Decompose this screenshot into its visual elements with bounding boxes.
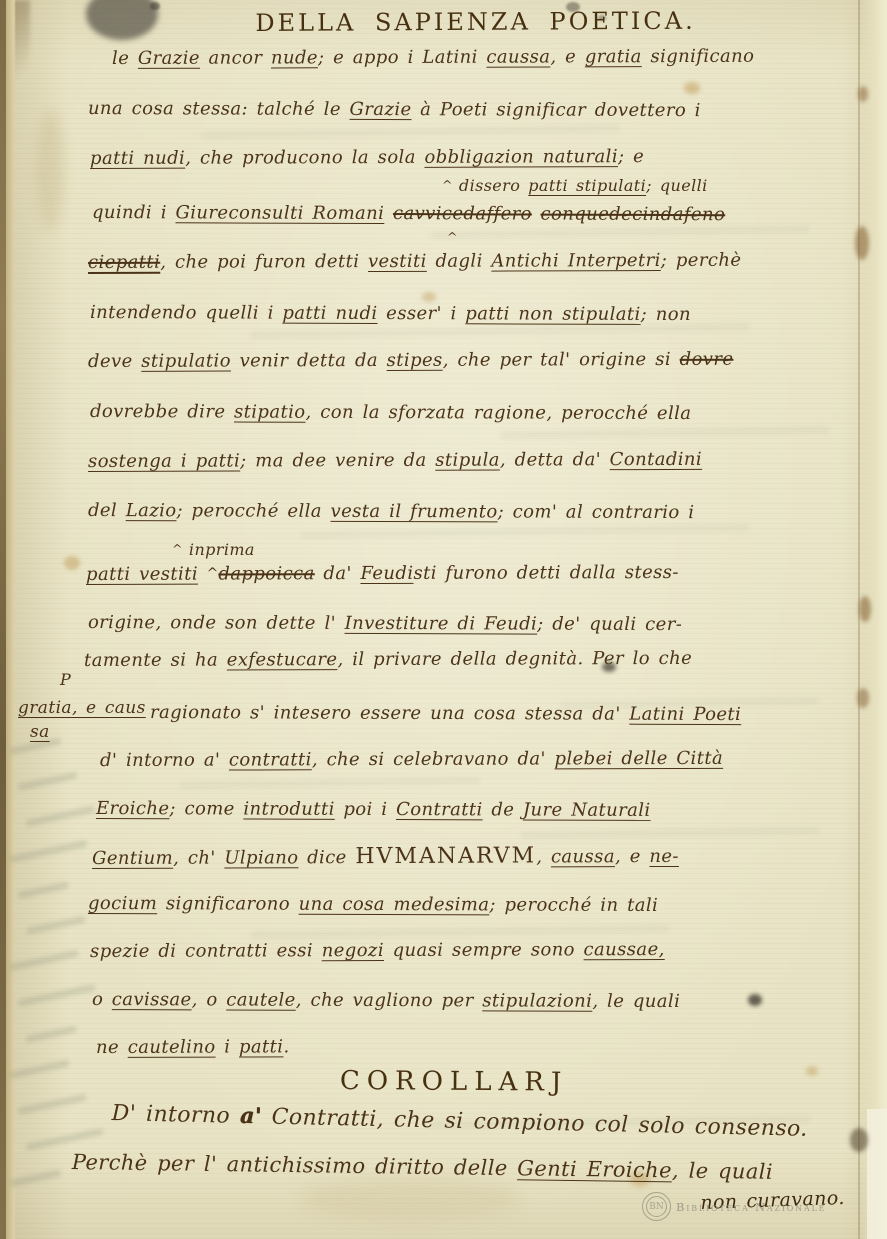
text-segment: de <box>483 799 523 820</box>
bleed-through <box>25 1128 104 1151</box>
manuscript-line: ragionato s' intesero essere una cosa st… <box>150 702 741 725</box>
stain <box>64 556 80 570</box>
bleed-through <box>200 125 620 139</box>
text-segment: , che per tal' origine si <box>443 349 680 371</box>
underlined-term: Investiture di Feudi <box>345 613 538 635</box>
page-edge-left <box>0 0 6 1239</box>
manuscript-line: ciepatti, che poi furon detti vestiti da… <box>88 250 741 273</box>
manuscript-line: intendendo quelli i patti nudi esser' i … <box>90 302 691 325</box>
underlined-term: negozi <box>322 940 384 961</box>
underlined-term: caussa <box>551 846 615 867</box>
text-segment: i <box>216 1037 239 1058</box>
manuscript-line: sa <box>30 722 50 742</box>
bleed-through <box>17 984 96 1007</box>
text-segment <box>532 204 541 225</box>
underlined-term: gratia <box>585 46 642 67</box>
text-segment: D' intorno <box>111 1101 240 1129</box>
text-segment: da' <box>315 563 361 584</box>
bleed-through <box>9 1059 70 1079</box>
text-segment: , il privare della degnità. Per lo che <box>337 648 692 670</box>
text-segment: , e <box>550 46 584 67</box>
text-segment: esser' i <box>378 303 466 324</box>
underlined-term: contratti <box>229 749 312 770</box>
text-segment: significano <box>642 46 755 67</box>
underlined-term: vesta il frumento <box>331 501 498 523</box>
caret-mark: ^ <box>442 177 459 192</box>
bleed-through <box>180 777 480 789</box>
text-segment: , che vagliono per <box>296 990 483 1012</box>
underlined-term: Contadini <box>610 449 702 470</box>
text-segment <box>198 564 207 585</box>
stamp-monogram: BN <box>646 1196 667 1217</box>
text-segment: ; com' al contrario i <box>498 501 695 523</box>
manuscript-page: DELLA SAPIENZA POETICA. le Grazie ancor … <box>0 0 887 1239</box>
underlined-term: cautele <box>226 989 296 1010</box>
underlined-term: stipatio <box>234 402 306 423</box>
struck-text: dappoicca <box>218 563 314 584</box>
text-segment: del <box>88 500 126 521</box>
text-segment: tamente si ha <box>84 650 227 671</box>
text-segment: ; come <box>169 798 243 819</box>
stain <box>422 292 436 302</box>
manuscript-line: tamente si ha exfestucare, il privare de… <box>84 648 692 671</box>
bleed-through <box>250 925 670 939</box>
stain <box>36 110 64 230</box>
text-segment: à Poeti significar dovettero i <box>412 99 701 121</box>
text-segment: , le quali <box>592 991 680 1012</box>
text-segment: , che poi furon detti <box>160 251 368 273</box>
text-segment: deve <box>88 351 141 372</box>
underlined-term: stipula <box>435 450 500 471</box>
manuscript-line: Eroiche; come introdutti poi i Contratti… <box>96 798 651 821</box>
text-segment: COROLLARJ <box>340 1066 569 1098</box>
text-segment: quasi sempre sono <box>384 939 584 961</box>
manuscript-line: d' intorno a' contratti, che si celebrav… <box>100 748 723 771</box>
manuscript-line: dovrebbe dire stipatio, con la sforzata … <box>90 401 692 424</box>
struck-text: conquedecindafeno <box>540 204 725 226</box>
underlined-term: Jure Naturali <box>523 799 651 820</box>
text-segment: ; perocché in tali <box>489 894 658 916</box>
underlined-term: sa <box>30 722 50 742</box>
underlined-term: caussae, <box>583 939 664 960</box>
manuscript-line: Gentium, ch' Ulpiano dice HVMANARVM, cau… <box>92 843 679 870</box>
text-segment: P <box>60 670 71 689</box>
text-segment: ; e <box>618 146 644 167</box>
underlined-term: patti stipulati <box>528 176 646 195</box>
bleed-through <box>17 1094 87 1115</box>
text-segment: HVMANARVM <box>355 843 536 869</box>
manuscript-line: quindi i Giureconsulti Romani cavvicedaf… <box>92 202 725 225</box>
underlined-term: gocium <box>88 893 157 914</box>
text-segment: , che si celebravano da' <box>312 748 555 770</box>
text-segment: ; quelli <box>646 176 708 195</box>
text-segment: ; perocché ella <box>176 500 330 522</box>
underlined-term: Grazie <box>138 48 200 69</box>
text-segment: , le quali <box>672 1158 773 1183</box>
underlined-term: Antichi Interpetri <box>491 250 660 272</box>
text-segment: dissero <box>459 176 528 195</box>
underlined-term: stipes <box>387 350 443 371</box>
stain <box>748 994 762 1006</box>
text-segment: ; e appo i Latini <box>318 47 486 69</box>
text-segment: d' intorno a' <box>100 750 229 771</box>
text-segment: , <box>536 846 551 867</box>
underlined-term: sostenga i patti <box>88 450 240 472</box>
stain <box>858 86 868 102</box>
underlined-term: Contratti <box>396 799 483 820</box>
text-segment: , che producono la sola <box>185 147 424 169</box>
underlined-term: caussa <box>486 46 550 67</box>
stain <box>684 82 700 94</box>
text-segment: spezie di contratti essi <box>90 940 322 962</box>
underlined-term: Giureconsulti Romani <box>175 202 384 224</box>
manuscript-line: del Lazio; perocché ella vesta il frumen… <box>88 500 695 523</box>
stain <box>850 1128 868 1152</box>
underlined-term: patti nudi <box>282 303 377 324</box>
underlined-term: patti non stipulati <box>465 303 640 325</box>
text-segment: significarono <box>157 893 298 914</box>
text-segment: le <box>112 48 138 69</box>
text-segment: inprima <box>189 540 255 559</box>
text-segment: ; non <box>641 304 691 325</box>
manuscript-line: ^ dissero patti stipulati; quelli <box>442 176 708 195</box>
text-segment: Perchè per l' antichissimo diritto delle <box>72 1150 518 1180</box>
text-segment: venir detta da <box>231 350 387 372</box>
text-segment: Contratti, che si compiono col solo cons… <box>261 1104 808 1141</box>
manuscript-line: ^ <box>447 228 457 247</box>
underlined-term: cavissae <box>112 989 192 1010</box>
manuscript-line: una cosa stessa: talché le Grazie à Poet… <box>88 98 701 121</box>
stain <box>859 596 871 622</box>
manuscript-line: D' intorno a' Contratti, che si compiono… <box>111 1100 808 1142</box>
underlined-term: ne- <box>649 846 679 867</box>
stamp-logo-icon: BN <box>642 1192 671 1221</box>
caret-mark: ^ <box>447 229 457 244</box>
stain <box>300 1178 520 1220</box>
bleed-through <box>25 1025 77 1043</box>
bleed-through <box>17 881 69 899</box>
bleed-through <box>300 524 750 539</box>
underlined-term: vestiti <box>368 251 427 272</box>
text-segment: dice <box>298 847 355 868</box>
manuscript-line: sostenga i patti; ma dee venire da stipu… <box>88 449 702 472</box>
bleed-through <box>17 771 78 791</box>
underlined-term: plebei delle Città <box>554 748 723 770</box>
underlined-term: Gentium <box>92 848 173 869</box>
manuscript-line: le Grazie ancor nude; e appo i Latini ca… <box>112 46 754 69</box>
stamp-label: Biblioteca Nazionale <box>676 1200 826 1214</box>
page-edge-right-line <box>858 0 860 1239</box>
underlined-term: Eroiche <box>96 798 170 819</box>
underlined-term: patti nudi <box>90 148 185 169</box>
bleed-through <box>500 426 830 439</box>
manuscript-line: ne cautelino i patti. <box>96 1036 290 1058</box>
underlined-term: cautelino <box>128 1037 216 1058</box>
underlined-term: stipulatio <box>141 351 231 372</box>
manuscript-line: deve stipulatio venir detta da stipes, c… <box>88 349 733 372</box>
bleed-through <box>250 323 750 339</box>
underlined-term: introdutti <box>243 799 334 820</box>
text-segment: origine, onde son dette l' <box>88 612 345 634</box>
page-gutter <box>6 0 16 1239</box>
underlined-term: gratia, e caus <box>18 698 146 718</box>
underlined-term: una cosa medesima <box>299 894 490 916</box>
underlined-term: patti <box>239 1036 284 1057</box>
text-segment: , detta da' <box>500 449 610 470</box>
manuscript-line: patti nudi, che producono la sola obblig… <box>90 146 644 169</box>
underlined-term: stipulazioni <box>482 990 592 1011</box>
library-stamp: BN Biblioteca Nazionale <box>642 1192 826 1221</box>
manuscript-line: gocium significarono una cosa medesima; … <box>88 893 658 916</box>
underlined-term: exfestucare <box>227 649 338 670</box>
manuscript-line: patti vestiti ^dappoicca da' Feudisti fu… <box>86 562 679 585</box>
text-segment: ne <box>96 1037 128 1058</box>
text-segment: ragionato s' intesero essere una cosa st… <box>150 702 629 725</box>
underlined-term: Grazie <box>350 99 412 120</box>
text-segment: intendendo quelli i <box>90 302 282 324</box>
struck-text: ciepatti <box>88 252 160 273</box>
bleed-through <box>430 225 810 239</box>
manuscript-line: P <box>60 670 71 689</box>
underlined-term: Genti Eroiche <box>517 1156 672 1182</box>
text-segment: , e <box>615 846 649 867</box>
bleed-through <box>25 806 95 827</box>
text-segment: , ch' <box>173 848 224 869</box>
stain <box>857 688 869 708</box>
bleed-through <box>9 950 79 971</box>
manuscript-line: ^ inprima <box>172 540 255 559</box>
manuscript-line: gratia, e caus <box>18 698 146 718</box>
page-corner-bottom-right <box>867 1109 887 1239</box>
text-segment: . <box>283 1036 289 1057</box>
text-segment: poi i <box>335 799 396 820</box>
text-segment: una cosa stessa: talché le <box>88 98 350 120</box>
caret-mark: ^ <box>207 566 219 582</box>
underlined-term: obbligazion naturali <box>424 146 618 168</box>
text-segment: o <box>92 989 112 1010</box>
stain <box>855 226 869 260</box>
text-segment <box>384 203 393 224</box>
text-segment: quindi i <box>92 202 176 223</box>
text-segment: a' <box>240 1103 262 1129</box>
text-segment: , o <box>192 989 227 1010</box>
text-segment: , con la sforzata ragione, perocché ella <box>306 402 692 424</box>
underlined-term: Latini Poeti <box>629 704 741 725</box>
underlined-term: Ulpiano <box>224 847 298 868</box>
bleed-through <box>9 1169 61 1187</box>
corollari-heading: COROLLARJ <box>340 1066 569 1098</box>
struck-text: dovre <box>680 349 734 370</box>
manuscript-line: Perchè per l' antichissimo diritto delle… <box>72 1150 773 1184</box>
underlined-term: patti vestiti <box>86 564 198 585</box>
page-title: DELLA SAPIENZA POETICA. <box>0 6 887 39</box>
text-segment: ; perchè <box>661 250 742 271</box>
manuscript-line: o cavissae, o cautele, che vagliono per … <box>92 989 680 1012</box>
bleed-through <box>9 840 88 863</box>
underlined-term: nude <box>271 47 318 68</box>
underlined-term: Feudi <box>360 563 413 584</box>
text-segment: ancor <box>200 47 271 68</box>
text-segment: sti furono detti dalla stess- <box>413 562 678 584</box>
stain <box>806 1066 818 1076</box>
text-segment: dagli <box>427 251 492 272</box>
caret-mark: ^ <box>172 541 189 556</box>
manuscript-line: origine, onde son dette l' Investiture d… <box>88 612 682 635</box>
bleed-through <box>25 915 86 935</box>
underlined-term: Lazio <box>126 500 177 521</box>
struck-text: cavvicedaffero <box>393 203 532 224</box>
manuscript-line: spezie di contratti essi negozi quasi se… <box>90 939 665 962</box>
bleed-through <box>520 827 820 839</box>
text-segment: dovrebbe dire <box>90 401 234 423</box>
text-segment: ; ma dee venire da <box>240 450 435 472</box>
text-segment: ; de' quali cer- <box>537 614 682 636</box>
